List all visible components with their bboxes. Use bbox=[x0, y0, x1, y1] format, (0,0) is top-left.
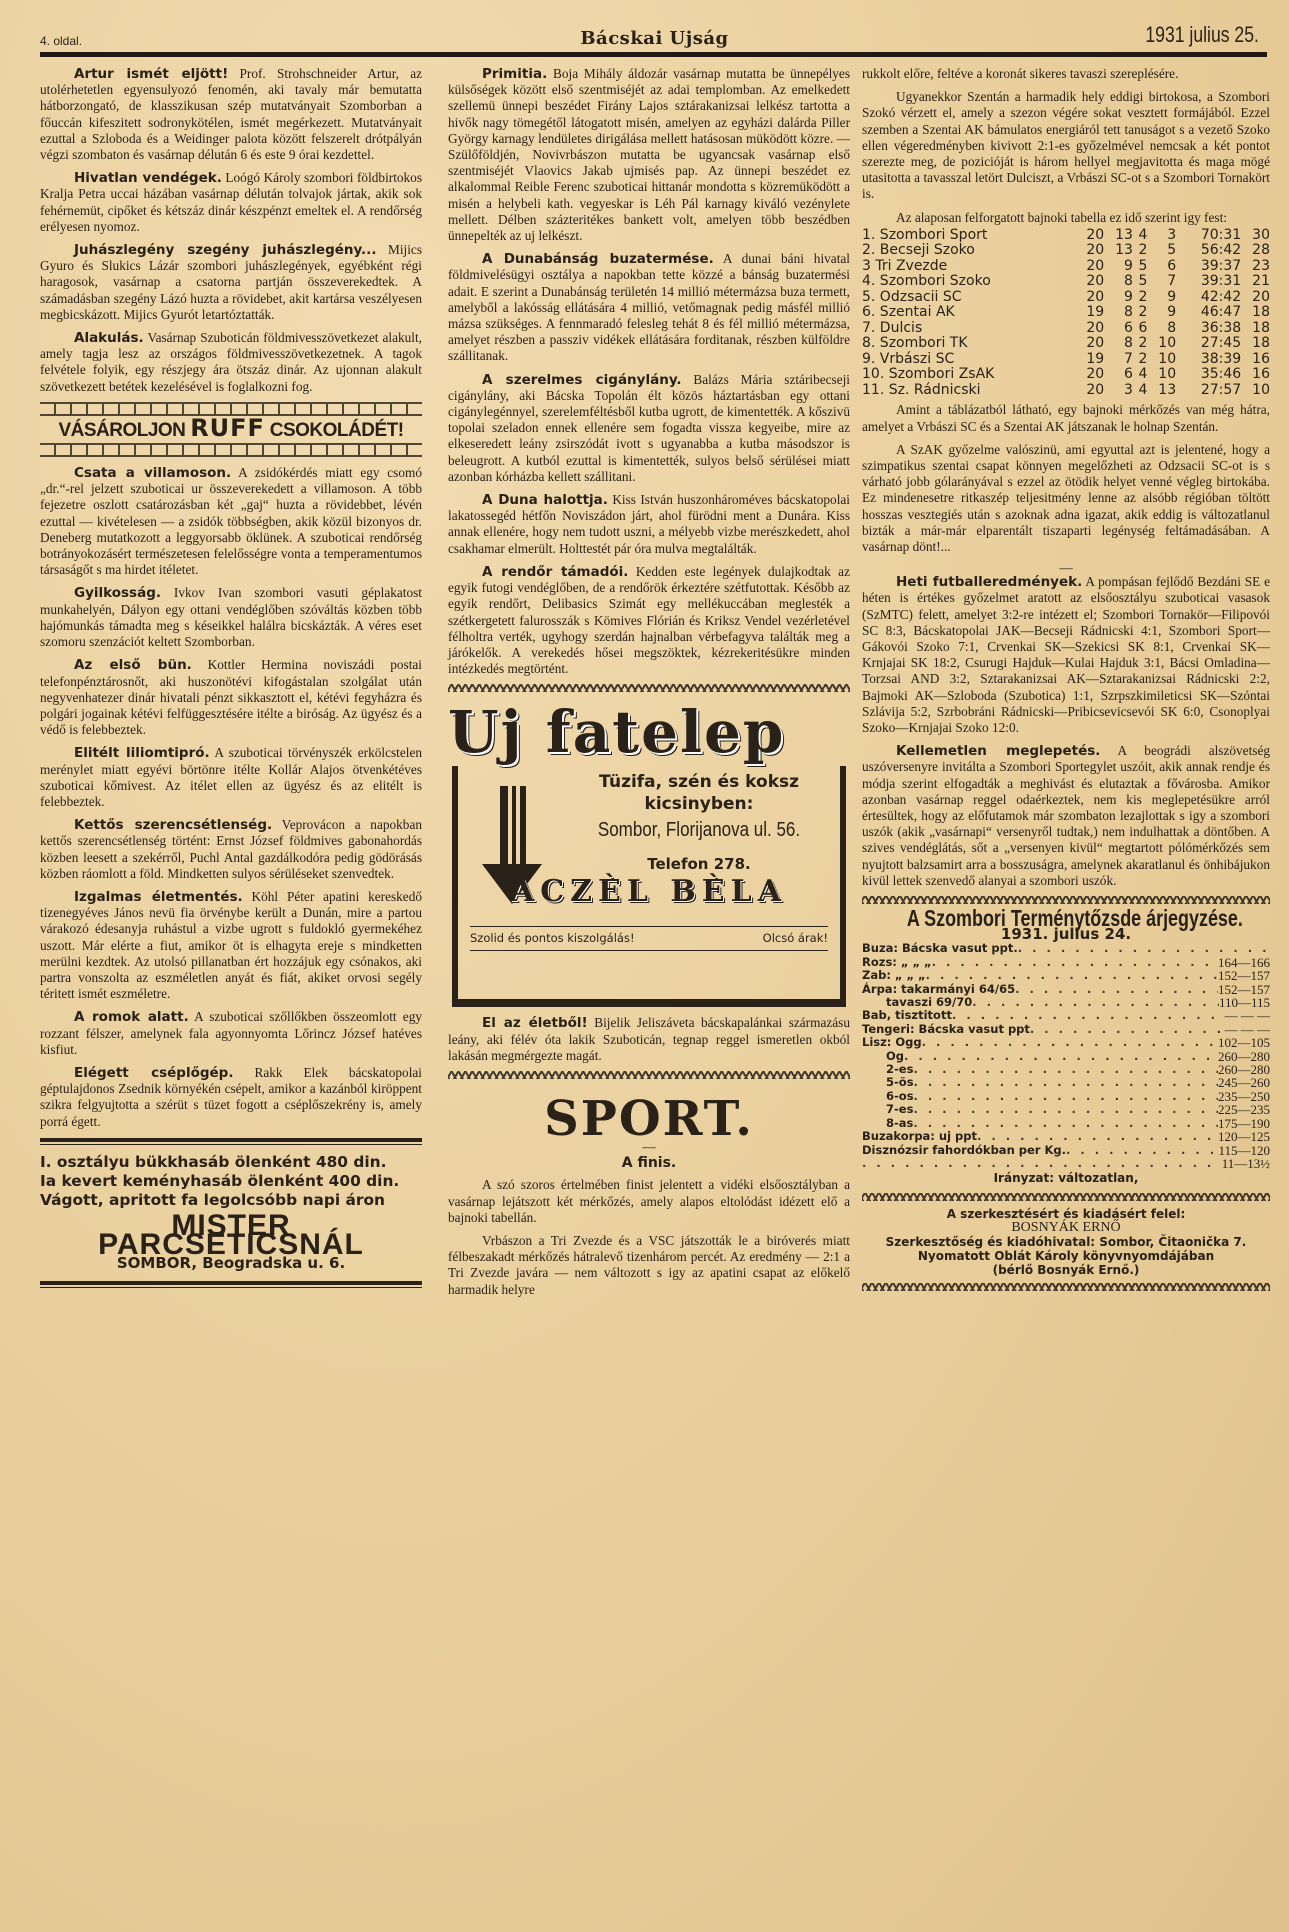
stat-cell: 20 bbox=[1075, 336, 1104, 352]
market-trend: Irányzat: változatlan, bbox=[862, 1170, 1270, 1186]
team-name: 7. Dulcis bbox=[862, 321, 1075, 337]
news-item: Izgalmas életmentés. Köhl Péter apatini … bbox=[40, 889, 422, 1002]
commodity-price: 110—115 bbox=[1219, 996, 1270, 1009]
wavy-divider bbox=[448, 684, 850, 692]
price-row: Disznózsir fahordókban per Kg. . . . . .… bbox=[862, 1144, 1270, 1157]
commodity-name: Rozs: „ „ „ bbox=[862, 956, 932, 969]
team-name: 2. Becseji Szoko bbox=[862, 243, 1075, 259]
price-row: 6-os . . . . . . . . . . . . . . . . . .… bbox=[862, 1090, 1270, 1103]
commodity-name: Tengeri: Bácska vasut ppt bbox=[862, 1023, 1030, 1036]
price-row: Og . . . . . . . . . . . . . . . . . . .… bbox=[862, 1050, 1270, 1063]
commodity-name: Lisz: Ogg bbox=[862, 1036, 922, 1049]
article-body: Boja Mihály áldozár vasárnap mutatta be … bbox=[448, 66, 850, 243]
column-right: rukkolt előre, feltéve a koronát sikeres… bbox=[862, 66, 1270, 1297]
commodity-price: 260—280 bbox=[1218, 1050, 1270, 1063]
news-item: A szerelmes cigánylány. Balázs Mária szt… bbox=[448, 372, 850, 485]
dot-leader: . . . . . . . . . . . . . . . . . . . . … bbox=[1066, 1144, 1218, 1157]
news-item: Alakulás. Vasárnap Szuboticán földmivess… bbox=[40, 330, 422, 395]
stat-cell: 20 bbox=[1075, 243, 1104, 259]
price-row: . . . . . . . . . . . . . . . . . . . . … bbox=[862, 1157, 1270, 1170]
article-title: Izgalmas életmentés. bbox=[74, 889, 243, 905]
commodity-name: Zab: „ „ „ bbox=[862, 969, 926, 982]
dot-leader: . . . . . . . . . . . . . . . . . . . . … bbox=[926, 969, 1218, 982]
commodity-price: 152—157 bbox=[1218, 983, 1270, 996]
newspaper-title: Bácskai Ujság bbox=[40, 28, 1269, 49]
stat-cell: 30 bbox=[1241, 228, 1270, 244]
divider-dash: — bbox=[448, 1141, 850, 1153]
stat-cell: 8 bbox=[1104, 274, 1133, 290]
stat-cell: 10 bbox=[1241, 383, 1270, 399]
stat-cell: 5 bbox=[1147, 243, 1176, 259]
dot-leader: . . . . . . . . . . . . . . . . . . . . … bbox=[913, 1063, 1218, 1076]
stat-cell: 20 bbox=[1075, 383, 1104, 399]
stat-cell: 38:39 bbox=[1176, 352, 1241, 368]
article-paragraph: Vrbászon a Tri Zvezde és a VSC játszottá… bbox=[448, 1233, 850, 1298]
stat-cell: 2 bbox=[1133, 290, 1147, 306]
ad-phone: Telefon 278. bbox=[568, 856, 830, 872]
imprint: A szerkesztésért és kiadásért felel: BOS… bbox=[862, 1207, 1270, 1277]
stat-cell: 20 bbox=[1075, 321, 1104, 337]
firewood-ad: I. osztályu bükkhasáb ölenként 480 din. … bbox=[40, 1153, 422, 1273]
ad-line: kicsinyben: bbox=[568, 796, 830, 812]
article-body: A dunai báni hivatal földmivelésügyi osz… bbox=[448, 251, 850, 363]
table-row: 6. Szentai AK1982946:4718 bbox=[862, 305, 1270, 321]
stat-cell: 7 bbox=[1147, 274, 1176, 290]
wavy-divider bbox=[862, 1283, 1270, 1291]
stat-cell: 18 bbox=[1241, 321, 1270, 337]
wavy-divider bbox=[862, 1193, 1270, 1201]
commodity-price: 102—105 bbox=[1218, 1036, 1270, 1049]
commodity-price: 164—166 bbox=[1218, 956, 1270, 969]
imprint-line: (bérlő Bosnyák Ernő.) bbox=[862, 1263, 1270, 1277]
news-item: A Dunabánság buzatermése. A dunai báni h… bbox=[448, 251, 850, 364]
price-row: 8-as . . . . . . . . . . . . . . . . . .… bbox=[862, 1117, 1270, 1130]
stat-cell: 9 bbox=[1147, 290, 1176, 306]
news-item: Kettős szerencsétlenség. Veprovácon a na… bbox=[40, 817, 422, 882]
stat-cell: 6 bbox=[1133, 321, 1147, 337]
price-list-title: A Szombori Terménytőzsde árjegyzése. bbox=[907, 910, 1225, 926]
stat-cell: 6 bbox=[1104, 367, 1133, 383]
article-title: Heti futballeredmények. bbox=[896, 574, 1082, 590]
news-list-5: Heti futballeredmények. A pompásan fejlő… bbox=[862, 574, 1270, 889]
stat-cell: 46:47 bbox=[1176, 305, 1241, 321]
news-list-1: Artur ismét eljött! Prof. Strohschneider… bbox=[40, 66, 422, 395]
article-body: A zsidókérdés miatt egy csomó „dr.“-rel … bbox=[40, 465, 422, 577]
article-paragraph: Ugyanekkor Szentán a harmadik hely eddig… bbox=[862, 89, 1270, 202]
team-name: 6. Szentai AK bbox=[862, 305, 1075, 321]
dot-leader: . . . . . . . . . . . . . . . . . . . . … bbox=[1015, 983, 1218, 996]
ad-address: Sombor, Florijanova ul. 56. bbox=[588, 822, 811, 838]
stat-cell: 39:31 bbox=[1176, 274, 1241, 290]
price-row: 7-es . . . . . . . . . . . . . . . . . .… bbox=[862, 1103, 1270, 1116]
article-body: A pompásan fejlődő Bezdáni SE e héten is… bbox=[862, 574, 1270, 735]
stat-cell: 10 bbox=[1147, 352, 1176, 368]
table-row: 5. Odzsacii SC2092942:4220 bbox=[862, 290, 1270, 306]
news-list-4: El az életből! Bijelik Jeliszáveta bácsk… bbox=[448, 1015, 850, 1064]
commodity-name: 7-es bbox=[862, 1103, 913, 1116]
stat-cell: 13 bbox=[1147, 383, 1176, 399]
commodity-name: Disznózsir fahordókban per Kg. bbox=[862, 1144, 1066, 1157]
stat-cell: 8 bbox=[1147, 321, 1176, 337]
imprint-line: A szerkesztésért és kiadásért felel: bbox=[862, 1207, 1270, 1221]
commodity-price: 120—125 bbox=[1218, 1130, 1270, 1143]
news-item: Artur ismét eljött! Prof. Strohschneider… bbox=[40, 66, 422, 163]
team-name: 4. Szombori Szoko bbox=[862, 274, 1075, 290]
commodity-name: 2-es bbox=[862, 1063, 913, 1076]
commodity-price: 175—190 bbox=[1218, 1117, 1270, 1130]
commodity-price: 260—280 bbox=[1218, 1063, 1270, 1076]
stat-cell: 56:42 bbox=[1176, 243, 1241, 259]
stat-cell: 28 bbox=[1241, 243, 1270, 259]
ornament-divider bbox=[40, 443, 422, 457]
commodity-price: — — — bbox=[1225, 1023, 1271, 1036]
double-rule bbox=[40, 1281, 422, 1288]
article-title: Alakulás. bbox=[74, 330, 144, 346]
stat-cell: 2 bbox=[1133, 336, 1147, 352]
stat-cell: 27:45 bbox=[1176, 336, 1241, 352]
article-title: Juhászlegény szegény juhászlegény... bbox=[74, 242, 376, 258]
commodity-price: 235—250 bbox=[1218, 1090, 1270, 1103]
article-title: A szerelmes cigánylány. bbox=[482, 372, 682, 388]
price-row: 5-ös . . . . . . . . . . . . . . . . . .… bbox=[862, 1076, 1270, 1089]
news-item: Gyilkosság. Ivkov Ivan szombori vasuti g… bbox=[40, 585, 422, 650]
stat-cell: 10 bbox=[1147, 336, 1176, 352]
article-title: Csata a villamoson. bbox=[74, 465, 231, 481]
stat-cell: 5 bbox=[1133, 259, 1147, 275]
column-middle: Primitia. Boja Mihály áldozár vasárnap m… bbox=[448, 66, 850, 1305]
commodity-name: Buzakorpa: uj ppt bbox=[862, 1130, 977, 1143]
stat-cell: 2 bbox=[1133, 305, 1147, 321]
article-title: El az életből! bbox=[482, 1015, 588, 1031]
table-row: 8. Szombori TK20821027:4518 bbox=[862, 336, 1270, 352]
stat-cell: 13 bbox=[1104, 243, 1133, 259]
table-row: 11. Sz. Rádnicski20341327:5710 bbox=[862, 383, 1270, 399]
commodity-name: tavaszi 69/70 bbox=[862, 996, 972, 1009]
stat-cell: 9 bbox=[1104, 259, 1133, 275]
dot-leader: . . . . . . . . . . . . . . . . . . . . … bbox=[904, 1050, 1218, 1063]
imprint-line: Szerkesztőség és kiadóhivatal: Sombor, Č… bbox=[862, 1235, 1270, 1249]
stat-cell: 35:46 bbox=[1176, 367, 1241, 383]
table-row: 1. Szombori Sport20134370:3130 bbox=[862, 228, 1270, 244]
ad-text: VÁSÁROLJON bbox=[58, 420, 185, 441]
stat-cell: 3 bbox=[1104, 383, 1133, 399]
ad-slogan-right: Olcsó árak! bbox=[763, 930, 828, 946]
news-item: Az első bün. Kottler Hermina noviszádi p… bbox=[40, 657, 422, 738]
article-title: Az első bün. bbox=[74, 657, 192, 673]
stat-cell: 7 bbox=[1104, 352, 1133, 368]
stat-cell: 9 bbox=[1104, 290, 1133, 306]
stat-cell: 10 bbox=[1147, 367, 1176, 383]
stat-cell: 16 bbox=[1241, 352, 1270, 368]
price-row: tavaszi 69/70 . . . . . . . . . . . . . … bbox=[862, 996, 1270, 1009]
commodity-name: 5-ös bbox=[862, 1076, 914, 1089]
divider-dash: — bbox=[862, 562, 1270, 574]
ad-slogan-left: Szolid és pontos kiszolgálás! bbox=[470, 930, 635, 946]
article-paragraph: A SzAK győzelme valószinü, ami egyuttal … bbox=[862, 442, 1270, 555]
team-name: 1. Szombori Sport bbox=[862, 228, 1075, 244]
table-row: 3 Tri Zvezde2095639:3723 bbox=[862, 259, 1270, 275]
article-body: A beográdi alszövetség uszóversenyre inv… bbox=[862, 743, 1270, 888]
commodity-name: Bab, tisztitott bbox=[862, 1009, 952, 1022]
stat-cell: 6 bbox=[1104, 321, 1133, 337]
sport-heading: SPORT. bbox=[448, 1111, 850, 1127]
article-paragraph: Az alaposan felforgatott bajnoki tabella… bbox=[862, 210, 1270, 226]
commodity-name: 8-as bbox=[862, 1117, 913, 1130]
news-item: El az életből! Bijelik Jeliszáveta bácsk… bbox=[448, 1015, 850, 1064]
dot-leader: . . . . . . . . . . . . . . . . . . . . … bbox=[922, 1036, 1218, 1049]
price-row: Tengeri: Bácska vasut ppt . . . . . . . … bbox=[862, 1023, 1270, 1036]
ad-line: Tüzifa, szén és koksz bbox=[568, 774, 830, 790]
ad-shop-name: MISTER PARCSETICSNÁL bbox=[40, 1216, 422, 1254]
ad-slogan: Szolid és pontos kiszolgálás! Olcsó árak… bbox=[470, 926, 828, 950]
imprint-line: Nyomatott Oblát Károly könyvnyomdájában bbox=[862, 1249, 1270, 1263]
table-row: 4. Szombori Szoko2085739:3121 bbox=[862, 274, 1270, 290]
news-item: Elitélt liliomtipró. A szuboticai törvén… bbox=[40, 745, 422, 810]
commodity-price: — — — bbox=[1225, 1009, 1271, 1022]
dot-leader: . . . . . . . . . . . . . . . . . . . . … bbox=[914, 1076, 1218, 1089]
article-body: Köhl Péter apatini kereskedő tizenegyéve… bbox=[40, 889, 422, 1001]
article-title: Kettős szerencsétlenség. bbox=[74, 817, 272, 833]
stat-cell: 27:57 bbox=[1176, 383, 1241, 399]
news-item: A romok alatt. A szuboticai szőllőkben ö… bbox=[40, 1009, 422, 1058]
commodity-name: 6-os bbox=[862, 1090, 914, 1103]
dot-leader: . . . . . . . . . . . . . . . . . . . . … bbox=[932, 956, 1218, 969]
header-rule bbox=[40, 52, 1267, 57]
ad-owner: ACZÈL BÈLA bbox=[468, 884, 830, 900]
stat-cell: 19 bbox=[1075, 352, 1104, 368]
commodity-price-list: A Szombori Terménytőzsde árjegyzése. 193… bbox=[862, 910, 1270, 1187]
price-row: Lisz: Ogg . . . . . . . . . . . . . . . … bbox=[862, 1036, 1270, 1049]
stat-cell: 3 bbox=[1147, 228, 1176, 244]
table-row: 10. Szombori ZsAK20641035:4616 bbox=[862, 367, 1270, 383]
stat-cell: 36:38 bbox=[1176, 321, 1241, 337]
price-row: Árpa: takarmányi 64/65 . . . . . . . . .… bbox=[862, 983, 1270, 996]
news-item: Elégett cséplőgép. Rakk Elek bácskatopol… bbox=[40, 1065, 422, 1130]
article-paragraph: Amint a táblázatból látható, egy bajnoki… bbox=[862, 402, 1270, 434]
price-row: Rozs: „ „ „ . . . . . . . . . . . . . . … bbox=[862, 956, 1270, 969]
news-item: Primitia. Boja Mihály áldozár vasárnap m… bbox=[448, 66, 850, 244]
dot-leader: . . . . . . . . . . . . . . . . . . . . … bbox=[972, 996, 1219, 1009]
dot-leader: . . . . . . . . . . . . . . . . . . . . … bbox=[862, 1157, 1222, 1170]
news-item: Csata a villamoson. A zsidókérdés miatt … bbox=[40, 465, 422, 578]
stat-cell: 4 bbox=[1133, 367, 1147, 383]
stat-cell: 4 bbox=[1133, 383, 1147, 399]
stat-cell: 42:42 bbox=[1176, 290, 1241, 306]
stat-cell: 20 bbox=[1075, 367, 1104, 383]
ornament-divider bbox=[40, 402, 422, 416]
issue-date: 1931 julius 25. bbox=[1145, 22, 1259, 48]
stat-cell: 21 bbox=[1241, 274, 1270, 290]
stat-cell: 23 bbox=[1241, 259, 1270, 275]
team-name: 11. Sz. Rádnicski bbox=[862, 383, 1075, 399]
stat-cell: 5 bbox=[1133, 274, 1147, 290]
price-row: 2-es . . . . . . . . . . . . . . . . . .… bbox=[862, 1063, 1270, 1076]
article-paragraph: A szó szoros értelmében finist jelentett… bbox=[448, 1177, 850, 1226]
stat-cell: 4 bbox=[1133, 228, 1147, 244]
ad-text: CSOKOLÁDÉT! bbox=[270, 420, 404, 441]
price-row: Buzakorpa: uj ppt . . . . . . . . . . . … bbox=[862, 1130, 1270, 1143]
fatelep-ad: Uj fatelep Tüzifa, szén és koksz kicsiny… bbox=[448, 702, 850, 1007]
stat-cell: 39:37 bbox=[1176, 259, 1241, 275]
dot-leader: . . . . . . . . . . . . . . . . . . . . … bbox=[914, 1090, 1218, 1103]
table-row: 9. Vrbászi SC19721038:3916 bbox=[862, 352, 1270, 368]
article-body: Kedden este legények dulajkodtak az egyi… bbox=[448, 564, 850, 676]
stat-cell: 20 bbox=[1241, 290, 1270, 306]
stat-cell: 2 bbox=[1133, 352, 1147, 368]
news-list-3: Primitia. Boja Mihály áldozár vasárnap m… bbox=[448, 66, 850, 677]
stat-cell: 18 bbox=[1241, 336, 1270, 352]
stat-cell: 20 bbox=[1075, 274, 1104, 290]
price-row: Bab, tisztitott . . . . . . . . . . . . … bbox=[862, 1009, 1270, 1022]
team-name: 10. Szombori ZsAK bbox=[862, 367, 1075, 383]
ad-line: Ia kevert keményhasáb ölenként 400 din. bbox=[40, 1172, 422, 1191]
commodity-price: 11—13½ bbox=[1222, 1157, 1270, 1170]
dot-leader: . . . . . . . . . . . . . . . . . . . . … bbox=[1030, 1023, 1225, 1036]
article-title: Hivatlan vendégek. bbox=[74, 170, 222, 186]
ad-headline: Uj fatelep bbox=[448, 702, 850, 762]
news-item: A rendőr támadói. Kedden este legények d… bbox=[448, 564, 850, 677]
price-row: Buza: Bácska vasut ppt. . . . . . . . . … bbox=[862, 942, 1270, 955]
commodity-name: Og bbox=[862, 1050, 904, 1063]
column-left: Artur ismét eljött! Prof. Strohschneider… bbox=[40, 66, 422, 1296]
stat-cell: 70:31 bbox=[1176, 228, 1241, 244]
dot-leader: . . . . . . . . . . . . . . . . . . . . … bbox=[913, 1117, 1218, 1130]
wavy-divider bbox=[862, 896, 1270, 904]
article-title: Kellemetlen meglepetés. bbox=[896, 743, 1100, 759]
stat-cell: 18 bbox=[1241, 305, 1270, 321]
team-name: 8. Szombori TK bbox=[862, 336, 1075, 352]
commodity-price: 245—260 bbox=[1218, 1076, 1270, 1089]
article-title: Artur ismét eljött! bbox=[74, 66, 228, 82]
price-row: Zab: „ „ „ . . . . . . . . . . . . . . .… bbox=[862, 969, 1270, 982]
commodity-price: 115—120 bbox=[1218, 1144, 1270, 1157]
commodity-name: Árpa: takarmányi 64/65 bbox=[862, 983, 1015, 996]
dot-leader: . . . . . . . . . . . . . . . . . . . . … bbox=[977, 1130, 1218, 1143]
article-paragraph: rukkolt előre, feltéve a koronát sikeres… bbox=[862, 66, 1270, 82]
dot-leader: . . . . . . . . . . . . . . . . . . . . … bbox=[913, 1103, 1218, 1116]
stat-cell: 8 bbox=[1104, 305, 1133, 321]
team-name: 5. Odzsacii SC bbox=[862, 290, 1075, 306]
article-title: A Duna halottja. bbox=[482, 492, 608, 508]
page-header: 4. oldal. Bácskai Ujság 1931 julius 25. bbox=[40, 22, 1269, 50]
stat-cell: 6 bbox=[1147, 259, 1176, 275]
league-table: 1. Szombori Sport20134370:31302. Becseji… bbox=[862, 228, 1270, 399]
ruff-chocolate-ad: VÁSÁROLJON RUFF CSOKOLÁDÉT! bbox=[40, 420, 422, 439]
wavy-divider bbox=[448, 1071, 850, 1079]
ad-line: I. osztályu bükkhasáb ölenként 480 din. bbox=[40, 1153, 422, 1172]
article-title: Elitélt liliomtipró. bbox=[74, 745, 210, 761]
news-list-2: Csata a villamoson. A zsidókérdés miatt … bbox=[40, 465, 422, 1130]
table-row: 2. Becseji Szoko20132556:4228 bbox=[862, 243, 1270, 259]
stat-cell: 20 bbox=[1075, 290, 1104, 306]
article-title: Primitia. bbox=[482, 66, 547, 82]
stat-cell: 9 bbox=[1147, 305, 1176, 321]
stat-cell: 20 bbox=[1075, 228, 1104, 244]
article-title: Gyilkosság. bbox=[74, 585, 161, 601]
commodity-price: 225—235 bbox=[1218, 1103, 1270, 1116]
news-item: Heti futballeredmények. A pompásan fejlő… bbox=[862, 574, 1270, 736]
ad-line: Vágott, apritott fa legolcsóbb napi áron bbox=[40, 1191, 422, 1210]
newspaper-page: 4. oldal. Bácskai Ujság 1931 julius 25. … bbox=[0, 0, 1289, 1932]
article-title: A finis. bbox=[448, 1155, 850, 1171]
double-rule bbox=[40, 1138, 422, 1145]
team-name: 9. Vrbászi SC bbox=[862, 352, 1075, 368]
article-body: Balázs Mária sztáribecseji cigánylány, a… bbox=[448, 372, 850, 484]
dot-leader: . . . . . . . . . . . . . . . . . . . . … bbox=[1018, 942, 1270, 955]
news-item: A Duna halottja. Kiss István huszonhárom… bbox=[448, 492, 850, 557]
dot-leader: . . . . . . . . . . . . . . . . . . . . … bbox=[952, 1009, 1225, 1022]
stat-cell: 20 bbox=[1075, 259, 1104, 275]
article-title: A Dunabánság buzatermése. bbox=[482, 251, 714, 267]
editor-name: BOSNYÁK ERNŐ bbox=[862, 1221, 1270, 1235]
table-row: 7. Dulcis2066836:3818 bbox=[862, 321, 1270, 337]
ad-brand: RUFF bbox=[190, 414, 265, 442]
commodity-price: 152—157 bbox=[1218, 969, 1270, 982]
stat-cell: 16 bbox=[1241, 367, 1270, 383]
article-title: A romok alatt. bbox=[74, 1009, 189, 1025]
ad-frame: Tüzifa, szén és koksz kicsinyben: Sombor… bbox=[452, 766, 846, 1007]
stat-cell: 8 bbox=[1104, 336, 1133, 352]
stat-cell: 13 bbox=[1104, 228, 1133, 244]
news-item: Juhászlegény szegény juhászlegény... Mij… bbox=[40, 242, 422, 323]
article-title: A rendőr támadói. bbox=[482, 564, 628, 580]
stat-cell: 19 bbox=[1075, 305, 1104, 321]
commodity-name: Buza: Bácska vasut ppt. bbox=[862, 942, 1018, 955]
news-item: Kellemetlen meglepetés. A beográdi alszö… bbox=[862, 743, 1270, 889]
article-title: Elégett cséplőgép. bbox=[74, 1065, 233, 1081]
team-name: 3 Tri Zvezde bbox=[862, 259, 1075, 275]
news-item: Hivatlan vendégek. Loógó Károly szombori… bbox=[40, 170, 422, 235]
stat-cell: 2 bbox=[1133, 243, 1147, 259]
